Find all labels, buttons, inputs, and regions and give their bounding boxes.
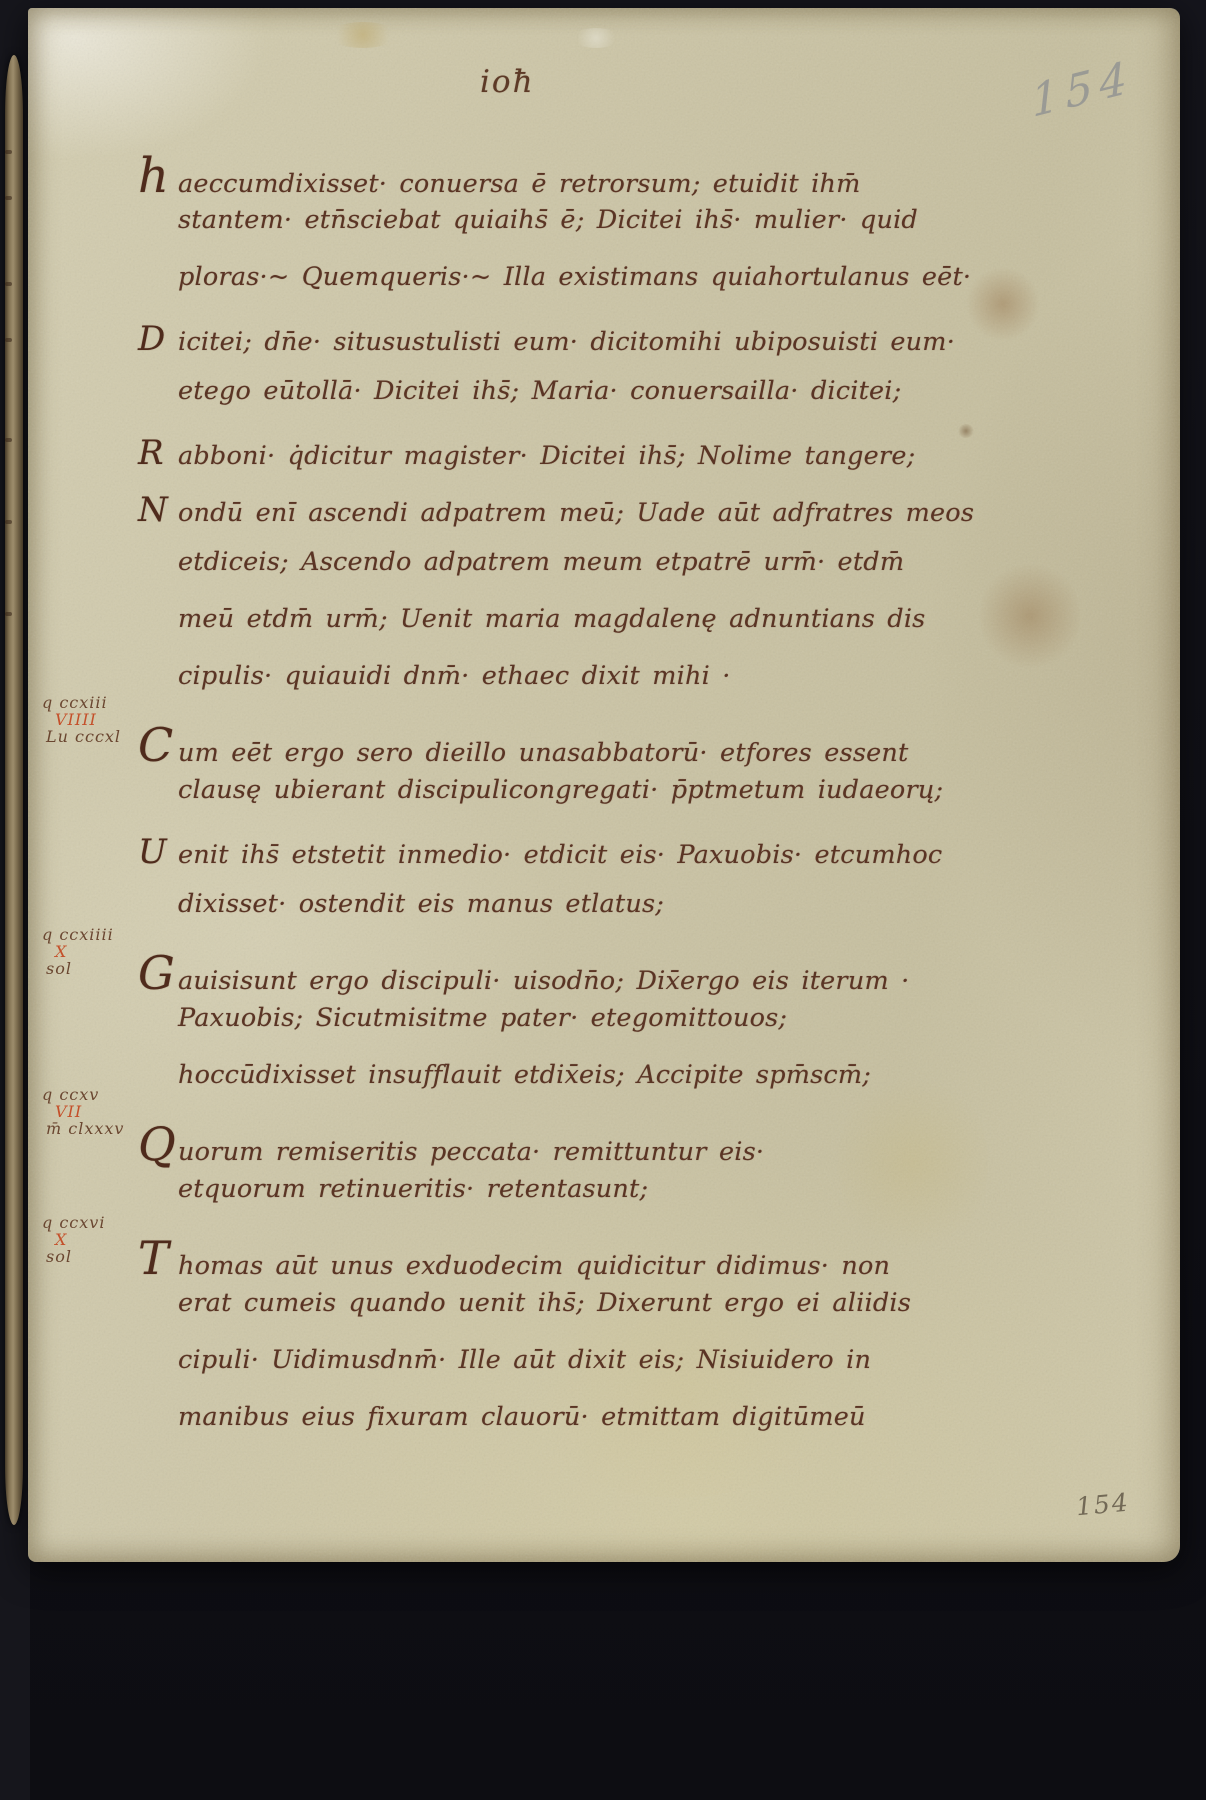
folio-number: 154 (1075, 1488, 1131, 1522)
line-text: homas aūt unus exduodecim quidicitur did… (178, 1251, 890, 1281)
canon-note-row: Lu cccxl (42, 728, 121, 745)
line-text: um eēt ergo sero dieillo unasabbatorū· e… (178, 738, 908, 768)
text-line: Nondū enī ascendi adpatrem meū; Uade aūt… (138, 490, 918, 547)
line-text: auisisunt ergo discipuli· uisodn̄o; Dix̄… (178, 966, 909, 996)
bleed-through-mark (5, 438, 12, 442)
parchment-page: ioħ 154 q ccxiiiVIIIILu cccxlq ccxiiiiXs… (28, 8, 1180, 1562)
text-line: etquorum retinueritis· retentasunt; (138, 1174, 918, 1231)
text-line: Quorum remiseritis peccata· remittuntur … (138, 1117, 918, 1174)
line-text: cipulis· quiauidi dnm̄· ethaec dixit mih… (178, 661, 731, 691)
manuscript-photo: ioħ 154 q ccxiiiVIIIILu cccxlq ccxiiiiXs… (0, 0, 1206, 1800)
canon-note-row: X (42, 1231, 105, 1248)
initial-capital: C (138, 718, 178, 772)
canon-note-row: q ccxv (42, 1086, 124, 1103)
parchment-stain (958, 424, 974, 438)
canon-margin-note: q ccxvVIIm̄ clxxxv (42, 1086, 124, 1137)
line-text: icitei; dn̄e· situsustulisti eum· dicito… (178, 327, 955, 357)
text-line: Thomas aūt unus exduodecim quidicitur di… (138, 1231, 918, 1288)
text-line: Paxuobis; Sicutmisitme pater· etegomitto… (138, 1003, 918, 1060)
text-line: cipuli· Uidimusdnm̄· Ille aūt dixit eis;… (138, 1345, 918, 1402)
line-text: meū etdm̄ urm̄; Uenit maria magdalenę ad… (178, 604, 925, 634)
line-text: dixisset· ostendit eis manus etlatus; (178, 889, 664, 919)
stacked-page-edges (5, 55, 23, 1525)
line-text: abboni· q̇dicitur magister· Dicitei ihs̄… (178, 441, 915, 471)
line-text: erat cumeis quando uenit ihs̄; Dixerunt … (178, 1288, 911, 1318)
line-text: enit ihs̄ etstetit inmedio· etdicit eis·… (178, 840, 942, 870)
running-title: ioħ (480, 64, 535, 100)
canon-note-row: sol (42, 960, 114, 977)
line-text: clausę ubierant discipulicongregati· p̄p… (178, 775, 943, 805)
parchment-stain (966, 266, 1040, 342)
canon-note-row: m̄ clxxxv (42, 1120, 124, 1137)
canon-margin-note: q ccxiiiiXsol (42, 926, 114, 977)
text-line: cipulis· quiauidi dnm̄· ethaec dixit mih… (138, 661, 918, 718)
parchment-stain (980, 556, 1080, 676)
bleed-through-mark (5, 150, 12, 154)
line-text: uorum remiseritis peccata· remittuntur e… (178, 1137, 764, 1167)
canon-margin-note: q ccxviXsol (42, 1214, 105, 1265)
line-text: etego eūtollā· Dicitei ihs̄; Maria· conu… (178, 376, 901, 406)
line-text: ploras·~ Quemqueris·~ Illa existimans qu… (178, 262, 971, 292)
text-line: Dicitei; dn̄e· situsustulisti eum· dicit… (138, 319, 918, 376)
initial-capital: R (138, 433, 178, 473)
initial-capital: Q (138, 1117, 178, 1171)
line-text: Paxuobis; Sicutmisitme pater· etegomitto… (178, 1003, 787, 1033)
parchment-stain (328, 22, 398, 48)
line-text: manibus eius fixuram clauorū· etmittam d… (178, 1402, 866, 1432)
canon-note-row: q ccxvi (42, 1214, 105, 1231)
initial-capital: G (138, 946, 178, 1000)
text-line: meū etdm̄ urm̄; Uenit maria magdalenę ad… (138, 604, 918, 661)
text-line: Rabboni· q̇dicitur magister· Dicitei ihs… (138, 433, 918, 490)
canon-note-row: q ccxiiii (42, 926, 114, 943)
bleed-through-mark (5, 196, 12, 200)
text-line: etego eūtollā· Dicitei ihs̄; Maria· conu… (138, 376, 918, 433)
text-line: dixisset· ostendit eis manus etlatus; (138, 889, 918, 946)
bleed-through-mark (5, 338, 12, 342)
canon-note-row: VII (42, 1103, 124, 1120)
line-text: hoccūdixisset insufflauit etdix̄eis; Acc… (178, 1060, 871, 1090)
bleed-through-mark (5, 612, 12, 616)
text-line: hoccūdixisset insufflauit etdix̄eis; Acc… (138, 1060, 918, 1117)
manuscript-text-block: haeccumdixisset· conuersa ē retrorsum; e… (138, 148, 918, 1459)
canon-margin-note: q ccxiiiVIIIILu cccxl (42, 694, 121, 745)
text-line: Gauisisunt ergo discipuli· uisodn̄o; Dix… (138, 946, 918, 1003)
bleed-through-mark (5, 282, 12, 286)
book-spine (0, 0, 30, 1800)
line-text: ondū enī ascendi adpatrem meū; Uade aūt … (178, 498, 974, 528)
canon-note-row: VIIII (42, 711, 121, 728)
line-text: etquorum retinueritis· retentasunt; (178, 1174, 648, 1204)
initial-capital: T (138, 1231, 178, 1285)
text-line: Uenit ihs̄ etstetit inmedio· etdicit eis… (138, 832, 918, 889)
text-line: manibus eius fixuram clauorū· etmittam d… (138, 1402, 918, 1459)
canon-note-row: q ccxiii (42, 694, 121, 711)
canon-note-row: X (42, 943, 114, 960)
canon-note-row: sol (42, 1248, 105, 1265)
text-line: stantem· etn̄sciebat quiaihs̄ ē; Dicitei… (138, 205, 918, 262)
text-line: haeccumdixisset· conuersa ē retrorsum; e… (138, 148, 918, 205)
pencil-folio-number: 154 (1030, 51, 1135, 128)
line-text: aeccumdixisset· conuersa ē retrorsum; et… (178, 169, 861, 199)
text-line: erat cumeis quando uenit ihs̄; Dixerunt … (138, 1288, 918, 1345)
text-line: Cum eēt ergo sero dieillo unasabbatorū· … (138, 718, 918, 775)
text-line: etdiceis; Ascendo adpatrem meum etpatrē … (138, 547, 918, 604)
canon-margin-notes: q ccxiiiVIIIILu cccxlq ccxiiiiXsolq ccxv… (28, 8, 148, 1562)
initial-capital: N (138, 490, 178, 530)
parchment-stain (573, 28, 619, 48)
line-text: etdiceis; Ascendo adpatrem meum etpatrē … (178, 547, 904, 577)
text-line: clausę ubierant discipulicongregati· p̄p… (138, 775, 918, 832)
bleed-through-mark (5, 520, 12, 524)
line-text: stantem· etn̄sciebat quiaihs̄ ē; Dicitei… (178, 205, 918, 235)
initial-capital: h (138, 148, 178, 204)
initial-capital: U (138, 832, 178, 872)
text-line: ploras·~ Quemqueris·~ Illa existimans qu… (138, 262, 918, 319)
line-text: cipuli· Uidimusdnm̄· Ille aūt dixit eis;… (178, 1345, 871, 1375)
initial-capital: D (138, 319, 178, 359)
